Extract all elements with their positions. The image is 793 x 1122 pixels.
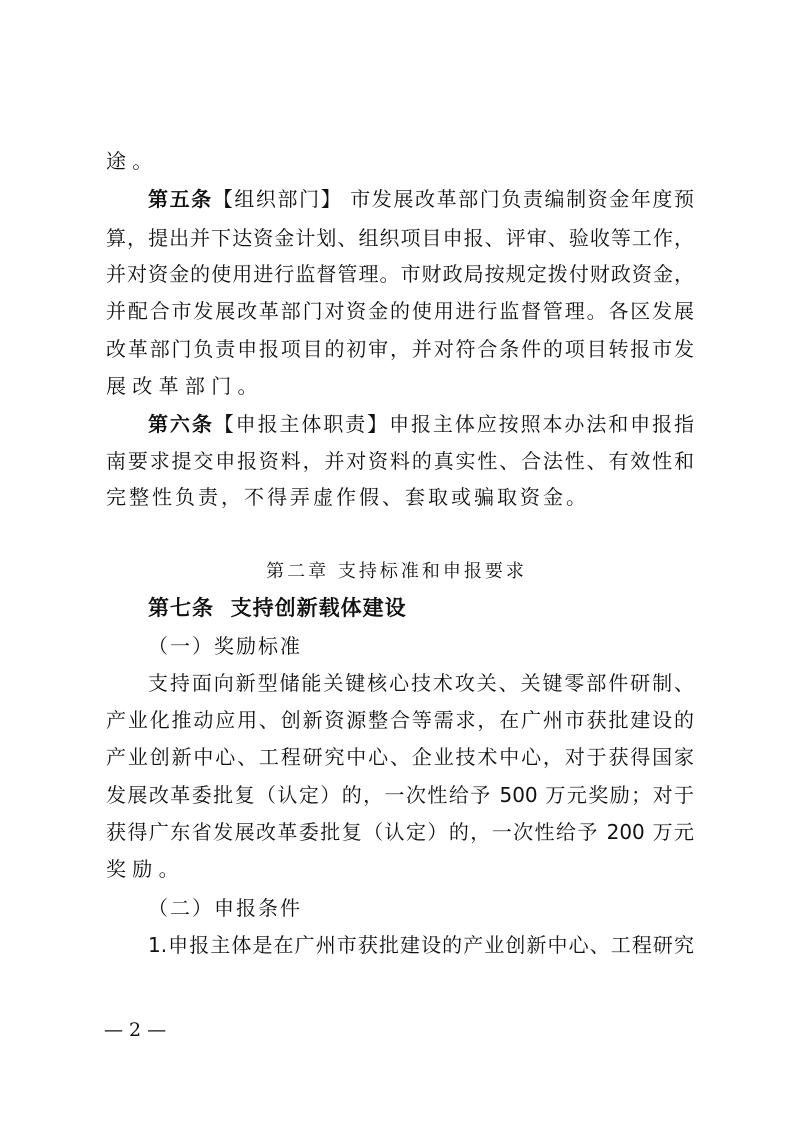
section-1-line: 支持面向新型储能关键核心技术攻关、关键零部件研制、	[148, 670, 694, 696]
section-1-line: 获得广东省发展改革委批复（认定）的，一次性给予 200 万元	[106, 819, 694, 845]
body-line: 并配合市发展改革部门对资金的使用进行监督管理。各区发展	[106, 298, 694, 324]
body-line: 南要求提交申报资料，并对资料的真实性、合法性、有效性和	[106, 448, 694, 474]
article-6-line: 第六条【申报主体职责】申报主体应按照本办法和申报指	[148, 411, 694, 437]
section-1-title: （一）奖励标准	[148, 633, 694, 659]
article-6-label: 第六条	[148, 412, 214, 436]
body-line: 并对资金的使用进行监督管理。市财政局按规定拨付财政资金，	[106, 261, 694, 287]
body-line: 完整性负责，不得弄虚作假、套取或骗取资金。	[106, 484, 694, 510]
section-2-title: （二）申报条件	[148, 895, 694, 921]
section-1-line: 发展改革委批复（认定）的，一次性给予 500 万元奖励；对于	[106, 782, 694, 808]
page-number: — 2 —	[104, 1018, 166, 1042]
article-5-label: 第五条	[148, 187, 213, 211]
body-line: 算，提出并下达资金计划、组织项目申报、评审、验收等工作，	[106, 225, 694, 251]
article-7-title: 第七条 支持创新载体建设	[148, 595, 694, 621]
body-line: 途。	[106, 148, 694, 174]
section-2-line: 1.申报主体是在广州市获批建设的产业创新中心、工程研究	[148, 932, 694, 958]
article-6-text: 【申报主体职责】申报主体应按照本办法和申报指	[214, 412, 694, 436]
section-1-line: 产业化推动应用、创新资源整合等需求，在广州市获批建设的	[106, 707, 694, 733]
body-line: 展改革部门。	[106, 373, 694, 399]
chapter-title: 第二章 支持标准和申报要求	[0, 560, 793, 584]
section-1-line: 产业创新中心、工程研究中心、企业技术中心，对于获得国家	[106, 744, 694, 770]
article-5-text: 【组织部门】 市发展改革部门负责编制资金年度预	[213, 187, 694, 211]
document-page: 途。 第五条【组织部门】 市发展改革部门负责编制资金年度预 算，提出并下达资金计…	[0, 0, 793, 1122]
article-5-line: 第五条【组织部门】 市发展改革部门负责编制资金年度预	[148, 186, 694, 212]
body-line: 改革部门负责申报项目的初审，并对符合条件的项目转报市发	[106, 336, 694, 362]
section-1-line: 奖励。	[106, 856, 694, 882]
